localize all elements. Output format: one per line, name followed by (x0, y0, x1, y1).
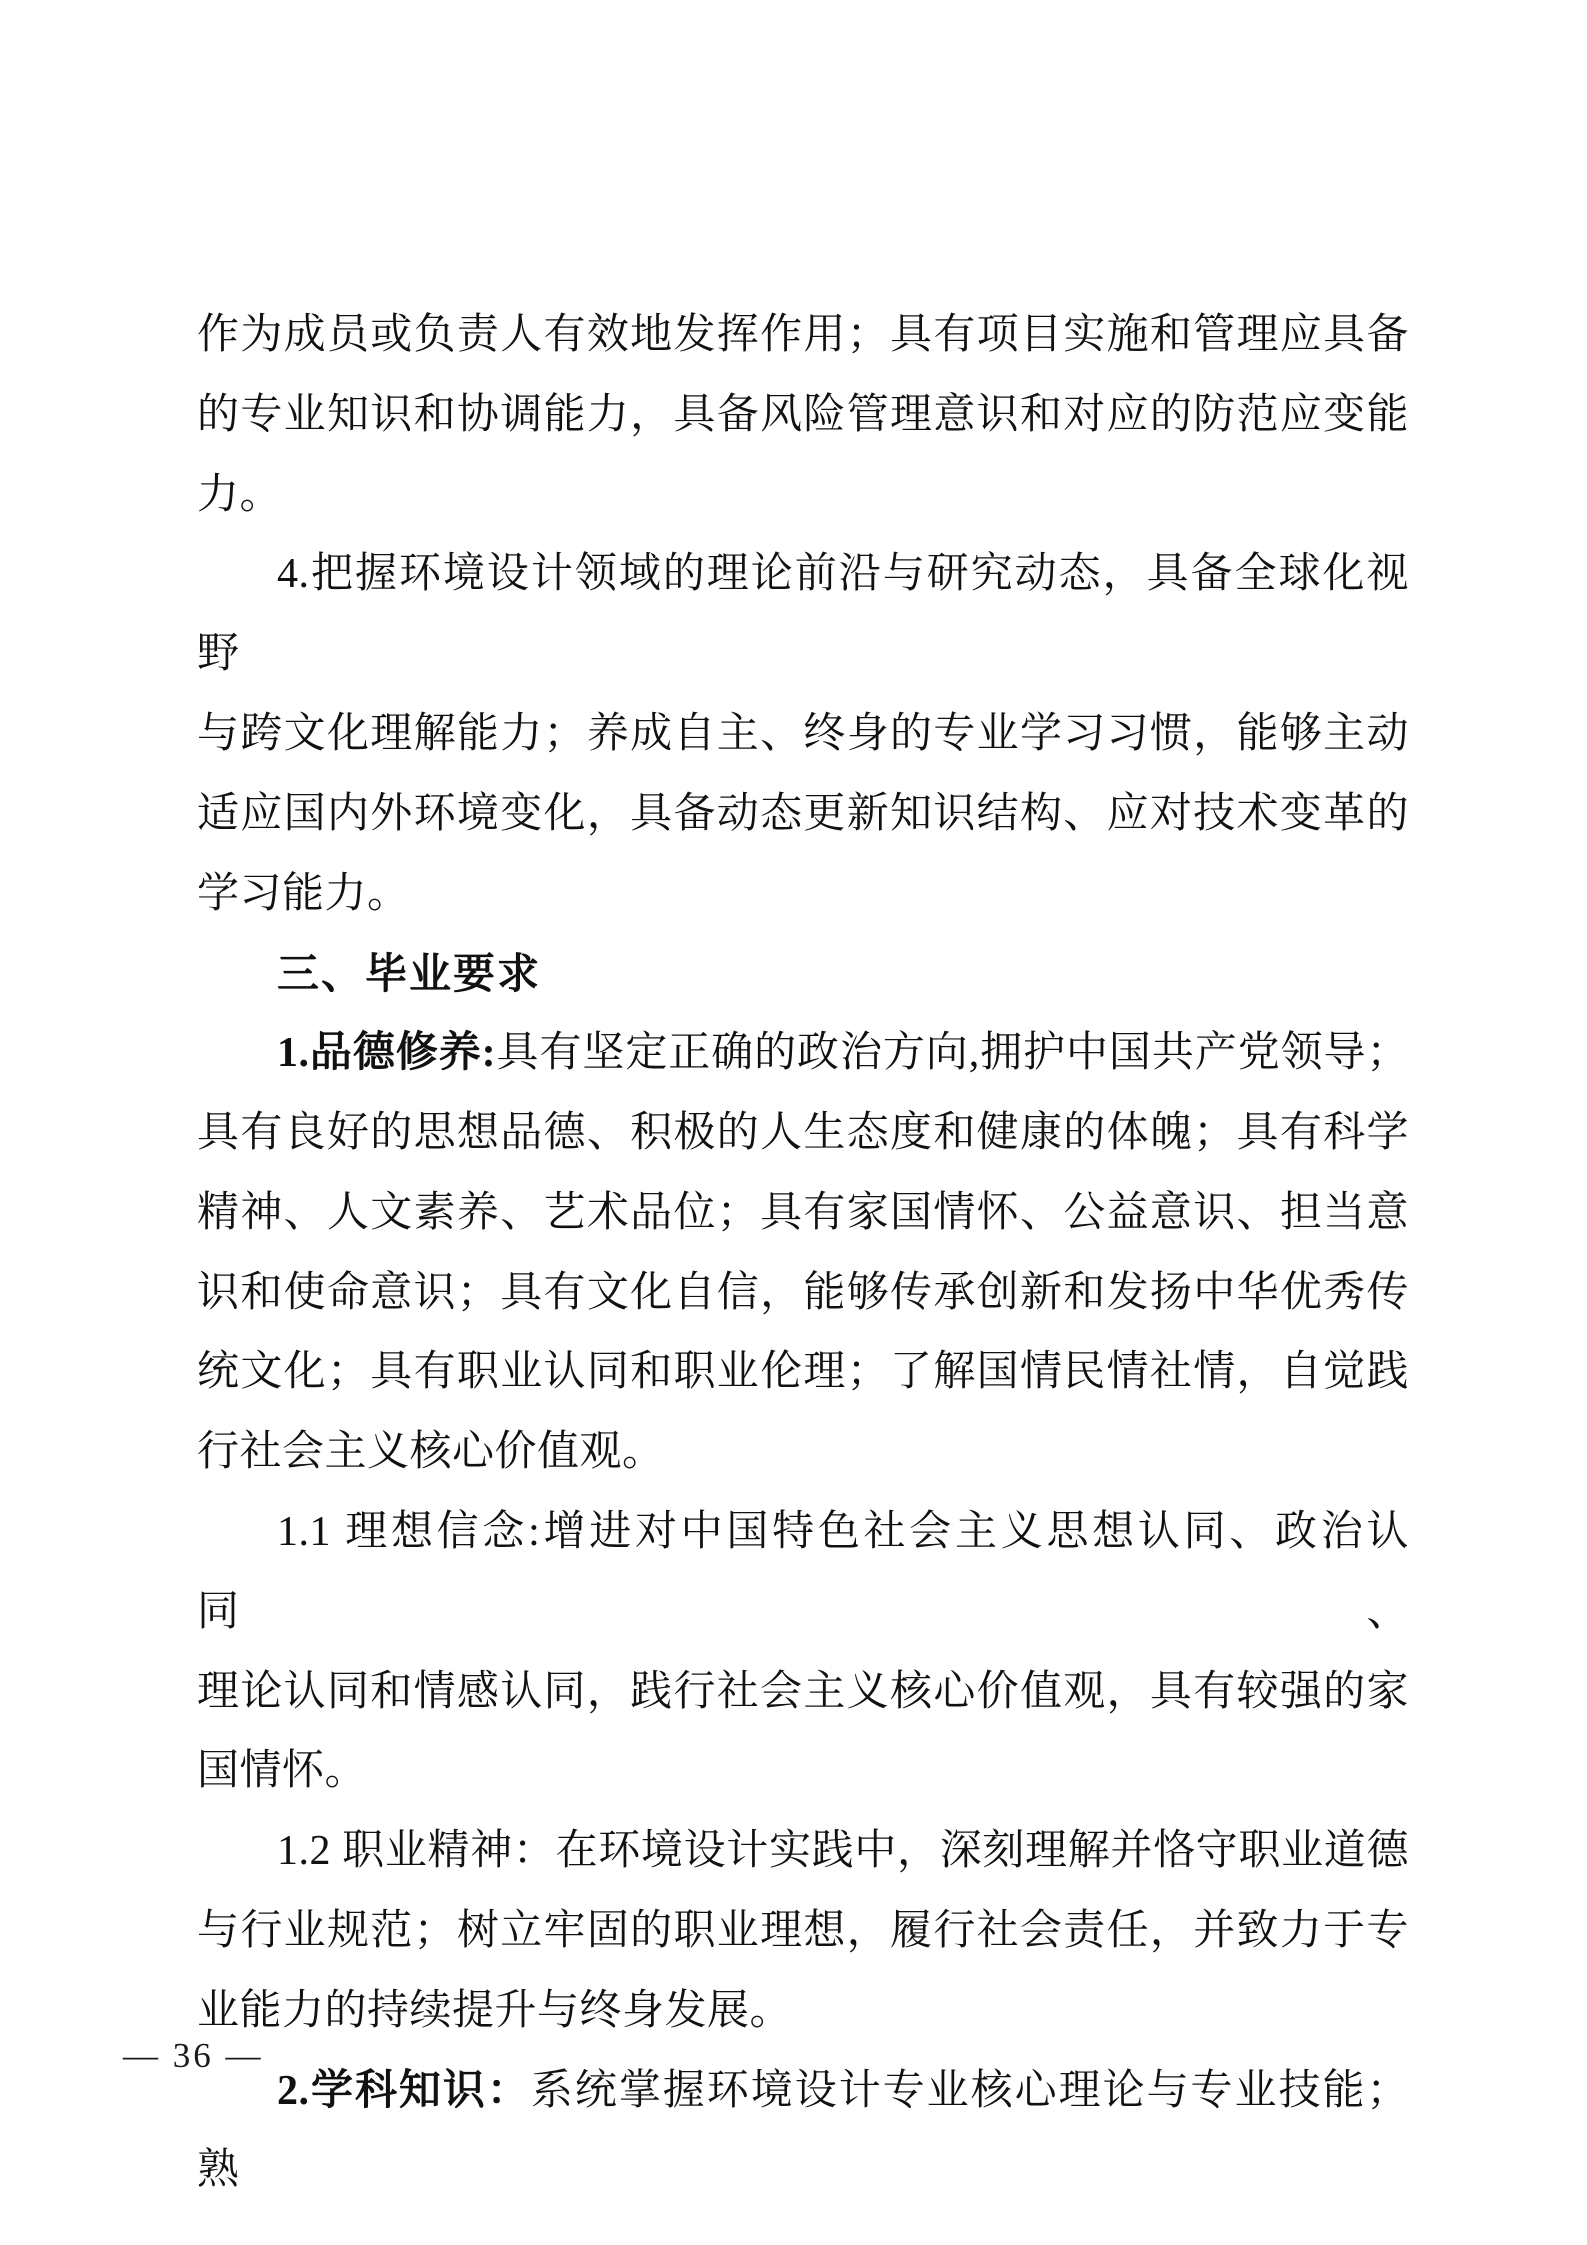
paragraph-line: 业能力的持续提升与终身发展。 (197, 1972, 1409, 2052)
paragraph-line: 具有良好的思想品德、积极的人生态度和健康的体魄；具有科学 (197, 1094, 1409, 1174)
paragraph-line: 与跨文化理解能力；养成自主、终身的专业学习习惯，能够主动 (197, 695, 1409, 775)
item-lead-label: 2.学科知识： (277, 2068, 531, 2114)
paragraph-line: 与行业规范；树立牢固的职业理想，履行社会责任，并致力于专 (197, 1892, 1409, 1972)
paragraph-line: 精神、人文素养、艺术品位；具有家国情怀、公益意识、担当意 (197, 1174, 1409, 1254)
paragraph-line: 理论认同和情感认同，践行社会主义核心价值观，具有较强的家 (197, 1653, 1409, 1733)
paragraph-line: 4.把握环境设计领域的理论前沿与研究动态，具备全球化视野 (197, 535, 1409, 695)
paragraph-line: 的专业知识和协调能力，具备风险管理意识和对应的防范应变能 (197, 376, 1409, 456)
paragraph-line: 行社会主义核心价值观。 (197, 1413, 1409, 1493)
text-column: 作为成员或负责人有效地发挥作用；具有项目实施和管理应具备 的专业知识和协调能力，… (197, 296, 1409, 2211)
paragraph-line: 1.品德修养:具有坚定正确的政治方向,拥护中国共产党领导； (197, 1014, 1409, 1094)
document-page: { "page": { "background": "#ffffff", "te… (0, 0, 1587, 2245)
paragraph-line: 1.2 职业精神：在环境设计实践中，深刻理解并恪守职业道德 (197, 1812, 1409, 1892)
paragraph-line: 1.1 理想信念:增进对中国特色社会主义思想认同、政治认同、 (197, 1493, 1409, 1653)
item-lead-label: 1.品德修养: (277, 1030, 496, 1076)
paragraph-line: 适应国内外环境变化，具备动态更新知识结构、应对技术变革的 (197, 775, 1409, 855)
paragraph-line: 学习能力。 (197, 855, 1409, 935)
page-number: — 36 — (123, 2038, 264, 2073)
paragraph-line: 2.学科知识：系统掌握环境设计专业核心理论与专业技能；熟 (197, 2052, 1409, 2212)
paragraph-line: 力。 (197, 456, 1409, 536)
section-heading: 三、毕业要求 (197, 934, 1409, 1014)
paragraph-line: 国情怀。 (197, 1732, 1409, 1812)
paragraph-line: 识和使命意识；具有文化自信，能够传承创新和发扬中华优秀传 (197, 1254, 1409, 1334)
paragraph-text: 具有坚定正确的政治方向,拥护中国共产党领导； (496, 1030, 1409, 1076)
paragraph-line: 统文化；具有职业认同和职业伦理；了解国情民情社情，自觉践 (197, 1333, 1409, 1413)
paragraph-line: 作为成员或负责人有效地发挥作用；具有项目实施和管理应具备 (197, 296, 1409, 376)
